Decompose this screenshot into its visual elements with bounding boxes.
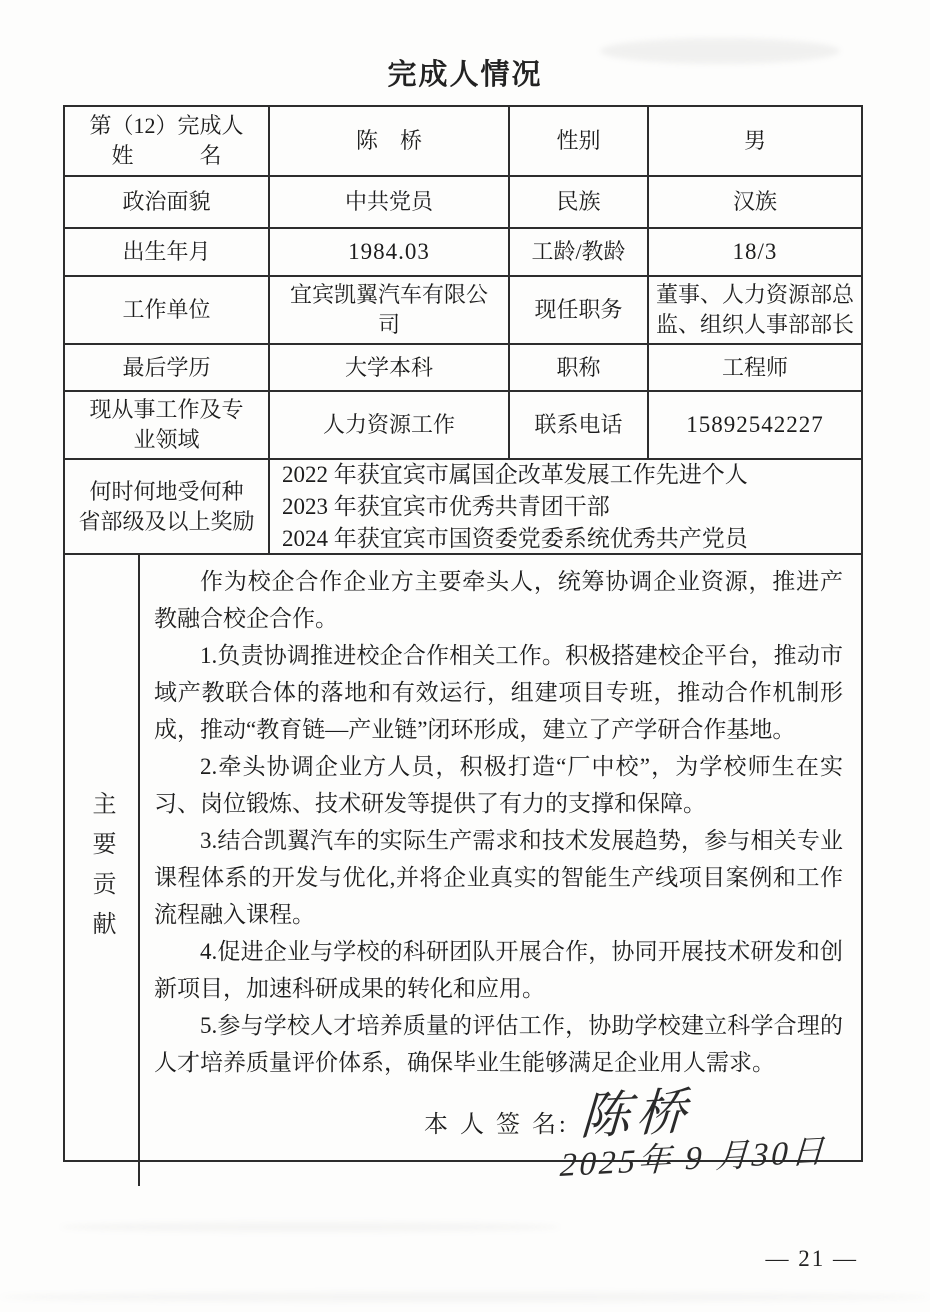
table-row-main-contribution: 主要贡献 作为校企合作企业方主要牵头人，统筹协调企业资源，推进产教融合校企合作。… [65, 555, 861, 1186]
award-item: 2023 年获宜宾市优秀共青团干部 [282, 491, 610, 523]
scan-artifact [60, 1222, 560, 1232]
table-row-current-work: 现从事工作及专 业领域 人力资源工作 联系电话 15892542227 [65, 392, 861, 460]
field-value-professional-title: 工程师 [649, 345, 861, 390]
field-label-awards: 何时何地受何种 省部级及以上奖励 [65, 460, 270, 553]
field-value-birth-date: 1984.03 [270, 229, 510, 275]
page-number: — 21 — [766, 1246, 859, 1272]
completer-info-table: 第（12）完成人 姓 名 陈 桥 性别 男 政治面貌 中共党员 民族 汉族 出生… [63, 105, 863, 1162]
table-row-education: 最后学历 大学本科 职称 工程师 [65, 345, 861, 392]
award-item: 2024 年获宜宾市国资委党委系统优秀共产党员 [282, 523, 748, 555]
field-value-gender: 男 [649, 107, 861, 175]
main-contribution-vertical-label: 主要贡献 [84, 791, 119, 951]
field-value-education: 大学本科 [270, 345, 510, 390]
field-label-political-status: 政治面貌 [65, 177, 270, 227]
field-label-name: 第（12）完成人 姓 名 [65, 107, 270, 175]
field-value-name: 陈 桥 [270, 107, 510, 175]
field-value-ethnicity: 汉族 [649, 177, 861, 227]
contribution-paragraph: 2.牵头协调企业方人员，积极打造“厂中校”，为学校师生在实习、岗位锻炼、技术研发… [154, 748, 843, 822]
field-label-ethnicity: 民族 [510, 177, 649, 227]
field-label-education: 最后学历 [65, 345, 270, 390]
field-value-current-position: 董事、人力资源部总 监、组织人事部部长 [649, 277, 861, 343]
field-label-gender: 性别 [510, 107, 649, 175]
awards-list: 2022 年获宜宾市属国企改革发展工作先进个人 2023 年获宜宾市优秀共青团干… [270, 460, 861, 553]
field-label-employer: 工作单位 [65, 277, 270, 343]
field-label-birth-date: 出生年月 [65, 229, 270, 275]
field-label-phone: 联系电话 [510, 392, 649, 458]
contribution-paragraph: 4.促进企业与学校的科研团队开展合作，协同开展技术研发和创新项目，加速科研成果的… [154, 933, 843, 1007]
document-page: 完成人情况 第（12）完成人 姓 名 陈 桥 性别 男 政治面貌 中共党员 民族… [0, 0, 930, 1312]
signature-label: 本 人 签 名: [424, 1091, 569, 1144]
field-label-main-contribution: 主要贡献 [65, 555, 140, 1186]
field-label-professional-title: 职称 [510, 345, 649, 390]
contribution-paragraph: 5.参与学校人才培养质量的评估工作，协助学校建立科学合理的人才培养质量评价体系，… [154, 1007, 843, 1081]
award-item: 2022 年获宜宾市属国企改革发展工作先进个人 [282, 459, 748, 491]
field-value-phone: 15892542227 [649, 392, 861, 458]
field-value-employer: 宜宾凯翼汽车有限公 司 [270, 277, 510, 343]
main-contribution-text: 作为校企合作企业方主要牵头人，统筹协调企业资源，推进产教融合校企合作。 1.负责… [140, 555, 861, 1186]
field-value-political-status: 中共党员 [270, 177, 510, 227]
table-row-employer: 工作单位 宜宾凯翼汽车有限公 司 现任职务 董事、人力资源部总 监、组织人事部部… [65, 277, 861, 345]
contribution-paragraph: 1.负责协调推进校企合作相关工作。积极搭建校企平台，推动市域产教联合体的落地和有… [154, 637, 843, 748]
field-label-work-years: 工龄/教龄 [510, 229, 649, 275]
page-title: 完成人情况 [0, 52, 930, 93]
field-label-current-work: 现从事工作及专 业领域 [65, 392, 270, 458]
contribution-paragraph: 3.结合凯翼汽车的实际生产需求和技术发展趋势，参与相关专业课程体系的开发与优化,… [154, 822, 843, 933]
table-row-awards: 何时何地受何种 省部级及以上奖励 2022 年获宜宾市属国企改革发展工作先进个人… [65, 460, 861, 555]
contribution-paragraph: 作为校企合作企业方主要牵头人，统筹协调企业资源，推进产教融合校企合作。 [154, 563, 843, 637]
handwritten-signature: 陈桥 [579, 1085, 694, 1143]
field-value-work-years: 18/3 [649, 229, 861, 275]
table-row-birth-date: 出生年月 1984.03 工龄/教龄 18/3 [65, 229, 861, 277]
field-label-current-position: 现任职务 [510, 277, 649, 343]
field-value-current-work: 人力资源工作 [270, 392, 510, 458]
table-row-political-status: 政治面貌 中共党员 民族 汉族 [65, 177, 861, 229]
scan-artifact [0, 1292, 930, 1302]
table-row-name: 第（12）完成人 姓 名 陈 桥 性别 男 [65, 107, 861, 177]
